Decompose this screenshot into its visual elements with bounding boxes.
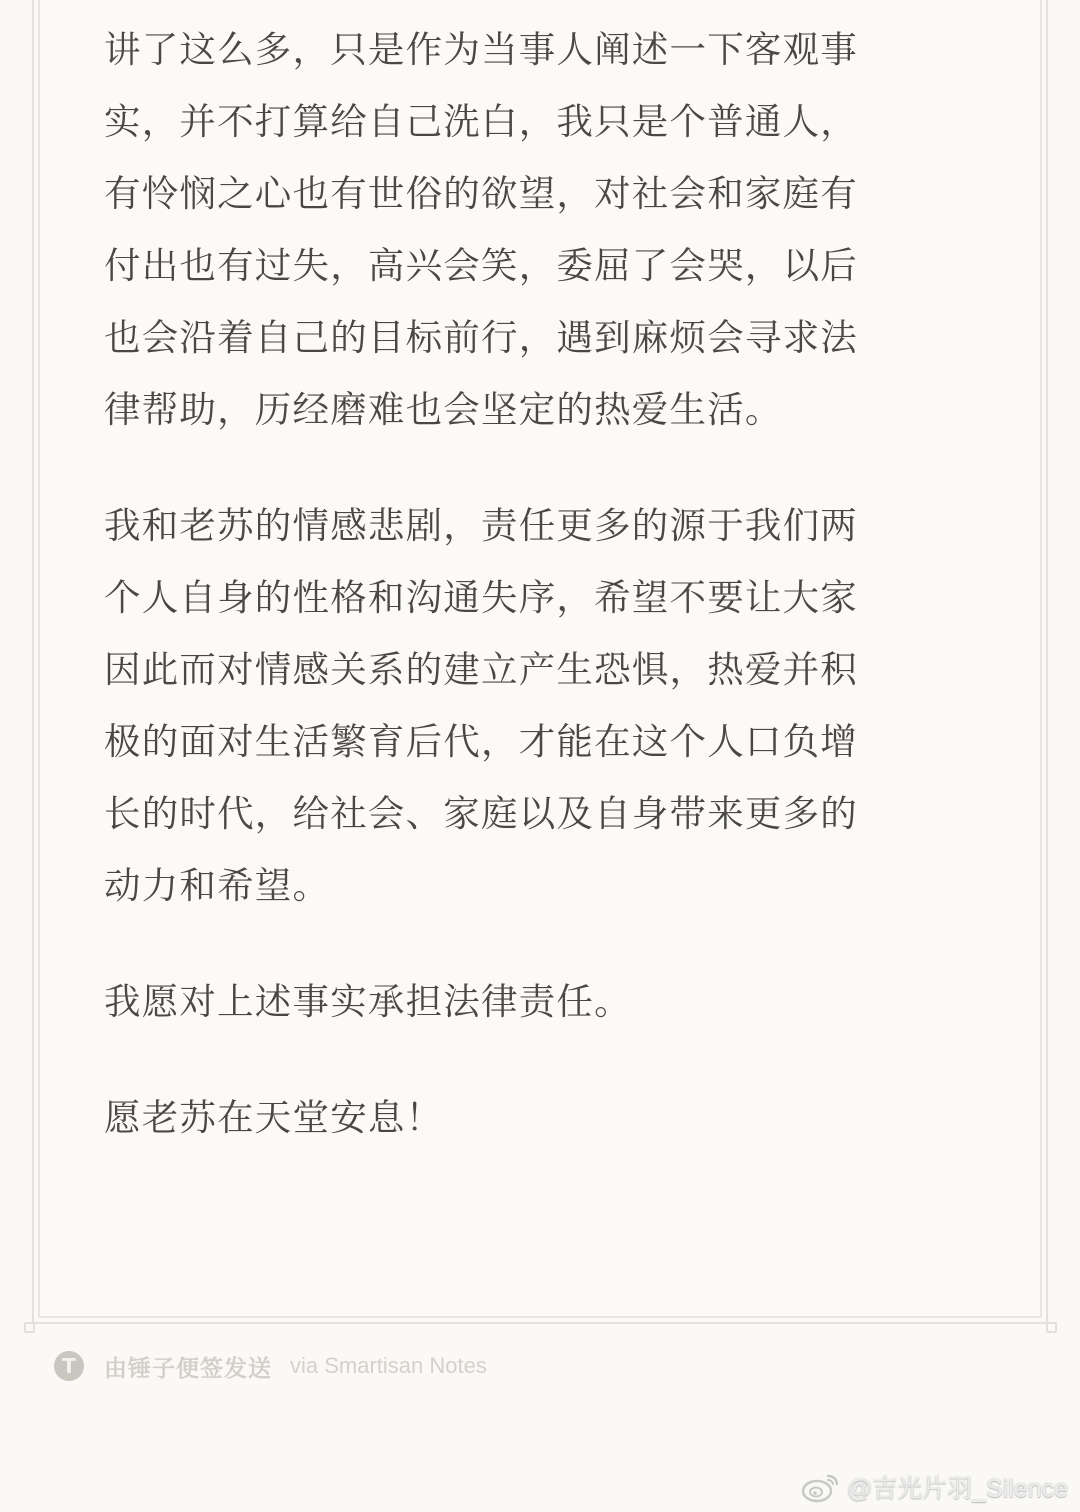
text-line: 实，并不打算给自己洗白，我只是个普通人， xyxy=(104,86,964,158)
text-line: 有怜悯之心也有世俗的欲望，对社会和家庭有 xyxy=(104,158,964,230)
note-body: 讲了这么多，只是作为当事人阐述一下客观事 实，并不打算给自己洗白，我只是个普通人… xyxy=(104,14,964,1198)
paragraph-2: 我和老苏的情感悲剧，责任更多的源于我们两 个人自身的性格和沟通失序，希望不要让大… xyxy=(104,490,964,922)
text-line: 因此而对情感关系的建立产生恐惧，热爱并积 xyxy=(104,634,964,706)
sent-via-footer: T 由锤子便签发送 via Smartisan Notes xyxy=(54,1349,487,1383)
text-line: 讲了这么多，只是作为当事人阐述一下客观事 xyxy=(104,14,964,86)
paragraph-1: 讲了这么多，只是作为当事人阐述一下客观事 实，并不打算给自己洗白，我只是个普通人… xyxy=(104,14,964,446)
corner-ornament-bottom-right xyxy=(1046,1322,1057,1333)
sent-via-chinese: 由锤子便签发送 xyxy=(104,1350,272,1383)
weibo-handle: @吉光片羽_Silence xyxy=(847,1469,1068,1505)
text-line: 我和老苏的情感悲剧，责任更多的源于我们两 xyxy=(104,490,964,562)
paragraph-3: 我愿对上述事实承担法律责任。 xyxy=(104,966,964,1038)
text-line: 极的面对生活繁育后代，才能在这个人口负增 xyxy=(104,706,964,778)
text-line: 动力和希望。 xyxy=(104,850,964,922)
weibo-watermark: @吉光片羽_Silence xyxy=(801,1469,1068,1505)
text-line: 付出也有过失，高兴会笑，委屈了会哭，以后 xyxy=(104,230,964,302)
text-line: 我愿对上述事实承担法律责任。 xyxy=(104,966,964,1038)
smartisan-t-icon: T xyxy=(54,1351,84,1381)
text-line: 个人自身的性格和沟通失序，希望不要让大家 xyxy=(104,562,964,634)
text-line: 也会沿着自己的目标前行，遇到麻烦会寻求法 xyxy=(104,302,964,374)
text-line: 律帮助，历经磨难也会坚定的热爱生活。 xyxy=(104,374,964,446)
sent-via-english: via Smartisan Notes xyxy=(290,1353,487,1379)
text-line: 愿老苏在天堂安息！ xyxy=(104,1082,964,1154)
corner-ornament-bottom-left xyxy=(24,1322,35,1333)
weibo-icon xyxy=(801,1471,841,1503)
paragraph-4: 愿老苏在天堂安息！ xyxy=(104,1082,964,1154)
text-line: 长的时代，给社会、家庭以及自身带来更多的 xyxy=(104,778,964,850)
